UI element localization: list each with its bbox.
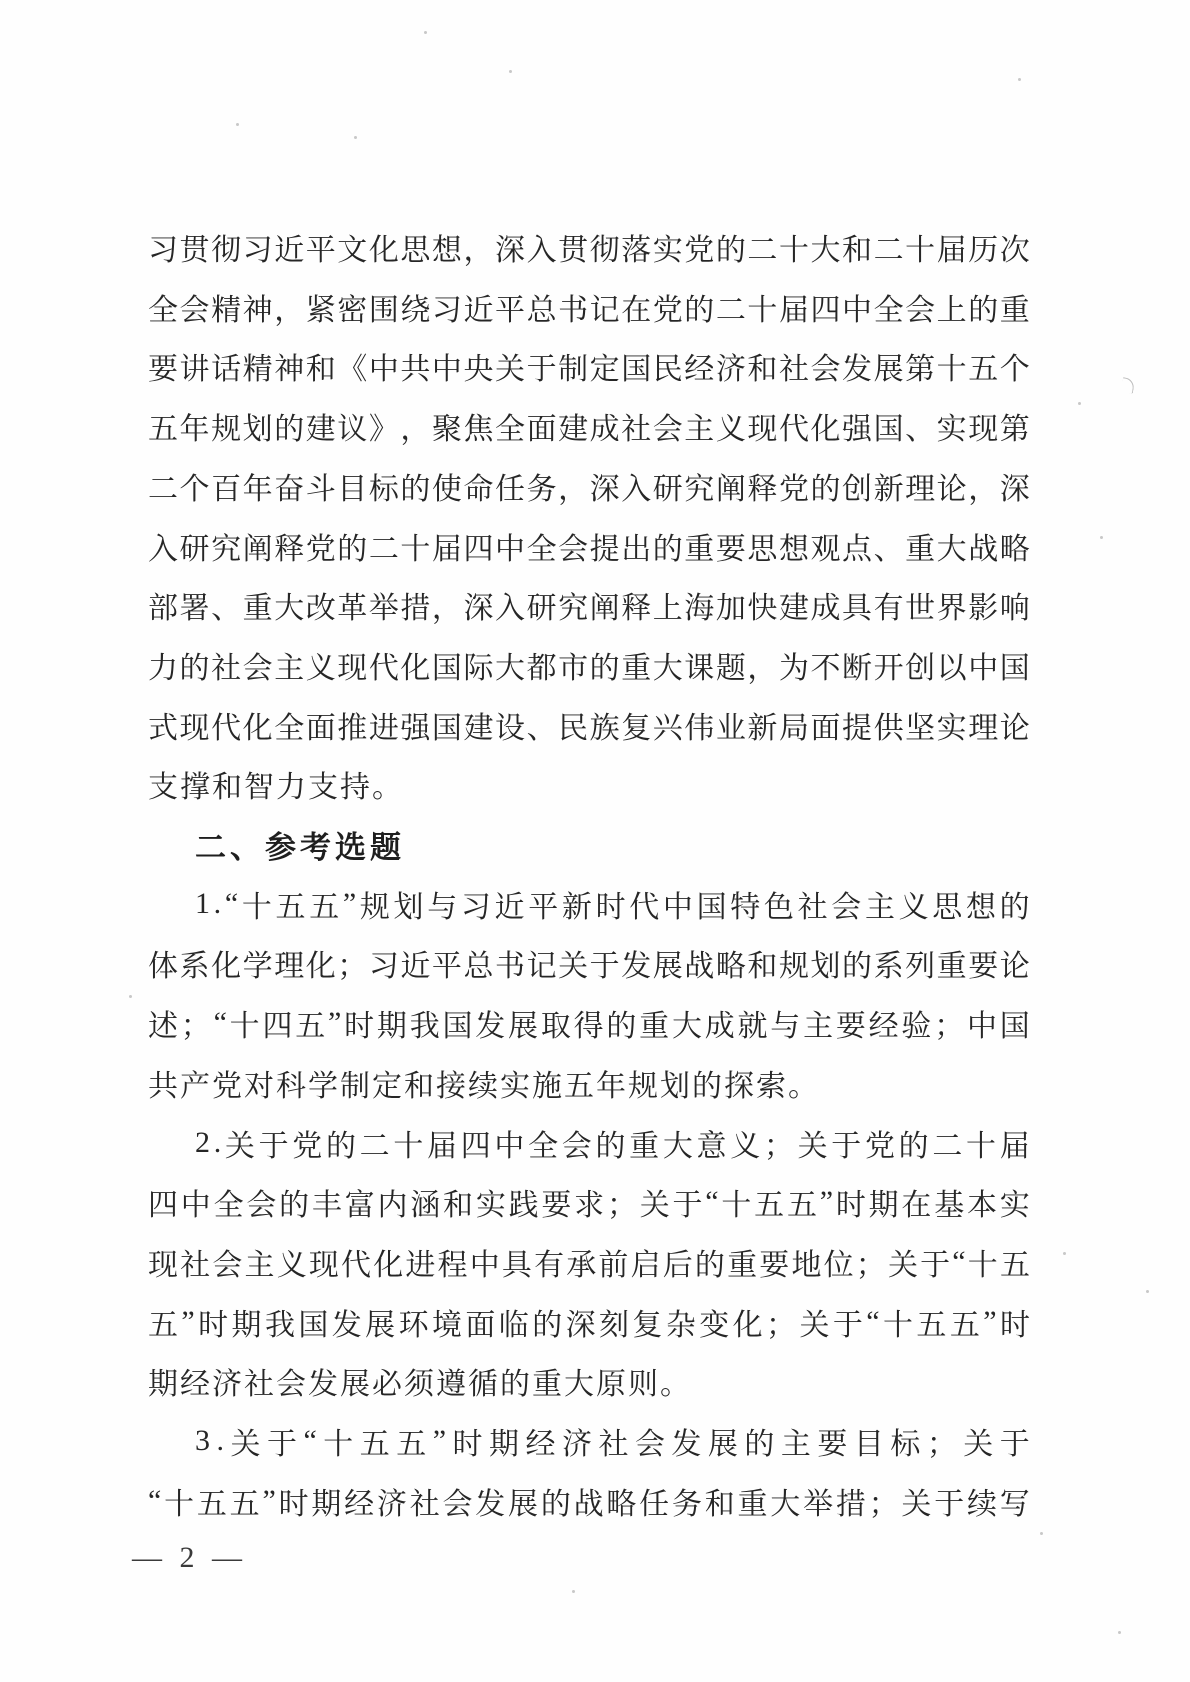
text-line: 力的社会主义现代化国际大都市的重大课题，为不断开创以中国: [148, 635, 1030, 695]
text-line: 体系化学理化；习近平总书记关于发展战略和规划的系列重要论: [148, 933, 1030, 993]
scan-speck: [1118, 1631, 1121, 1634]
text-line: 期经济社会发展必须遵循的重大原则。: [148, 1351, 1030, 1411]
text-line: 五年规划的建议》，聚焦全面建成社会主义现代化强国、实现第: [148, 396, 1030, 456]
scan-speck: [509, 70, 512, 73]
text-line: 要讲话精神和《中共中央关于制定国民经济和社会发展第十五个: [148, 336, 1030, 396]
text-line: 入研究阐释党的二十届四中全会提出的重要思想观点、重大战略: [148, 516, 1030, 576]
scan-speck: [1146, 1290, 1149, 1293]
text-block: 习贯彻习近平文化思想，深入贯彻落实党的二十大和二十届历次全会精神，紧密围绕习近平…: [148, 0, 1030, 1682]
text-line: 1.“十五五”规划与习近平新时代中国特色社会主义思想的: [148, 874, 1030, 934]
scan-speck: [1018, 78, 1021, 81]
scan-artifact: [1121, 377, 1135, 394]
scan-speck: [354, 136, 357, 139]
text-line: 3.关于“十五五”时期经济社会发展的主要目标；关于: [148, 1411, 1030, 1471]
text-line: 式现代化全面推进强国建设、民族复兴伟业新局面提供坚实理论: [148, 695, 1030, 755]
text-line: 四中全会的丰富内涵和实践要求；关于“十五五”时期在基本实: [148, 1172, 1030, 1232]
scan-speck: [424, 31, 427, 34]
scan-speck: [572, 1590, 575, 1593]
text-line: 共产党对科学制定和接续实施五年规划的探索。: [148, 1053, 1030, 1113]
text-line: 全会精神，紧密围绕习近平总书记在党的二十届四中全会上的重: [148, 277, 1030, 337]
document-page: 习贯彻习近平文化思想，深入贯彻落实党的二十大和二十届历次全会精神，紧密围绕习近平…: [0, 0, 1190, 1682]
scan-speck: [1078, 402, 1081, 405]
text-line: 述；“十四五”时期我国发展取得的重大成就与主要经验；中国: [148, 993, 1030, 1053]
section-heading: 二、参考选题: [148, 814, 1030, 874]
text-line: 习贯彻习近平文化思想，深入贯彻落实党的二十大和二十届历次: [148, 217, 1030, 277]
page-number: — 2 —: [132, 1538, 247, 1578]
text-line: “十五五”时期经济社会发展的战略任务和重大举措；关于续写: [148, 1471, 1030, 1531]
scan-speck: [129, 995, 132, 998]
scan-speck: [1040, 1532, 1043, 1535]
text-line: 二个百年奋斗目标的使命任务，深入研究阐释党的创新理论，深: [148, 456, 1030, 516]
scan-speck: [236, 123, 239, 126]
text-line: 部署、重大改革举措，深入研究阐释上海加快建成具有世界影响: [148, 575, 1030, 635]
text-line: 现社会主义现代化进程中具有承前启后的重要地位；关于“十五: [148, 1232, 1030, 1292]
scan-speck: [1063, 1252, 1066, 1255]
scan-speck: [1100, 536, 1103, 539]
text-line: 2.关于党的二十届四中全会的重大意义；关于党的二十届: [148, 1113, 1030, 1173]
text-line: 支撑和智力支持。: [148, 754, 1030, 814]
text-line: 五”时期我国发展环境面临的深刻复杂变化；关于“十五五”时: [148, 1292, 1030, 1352]
